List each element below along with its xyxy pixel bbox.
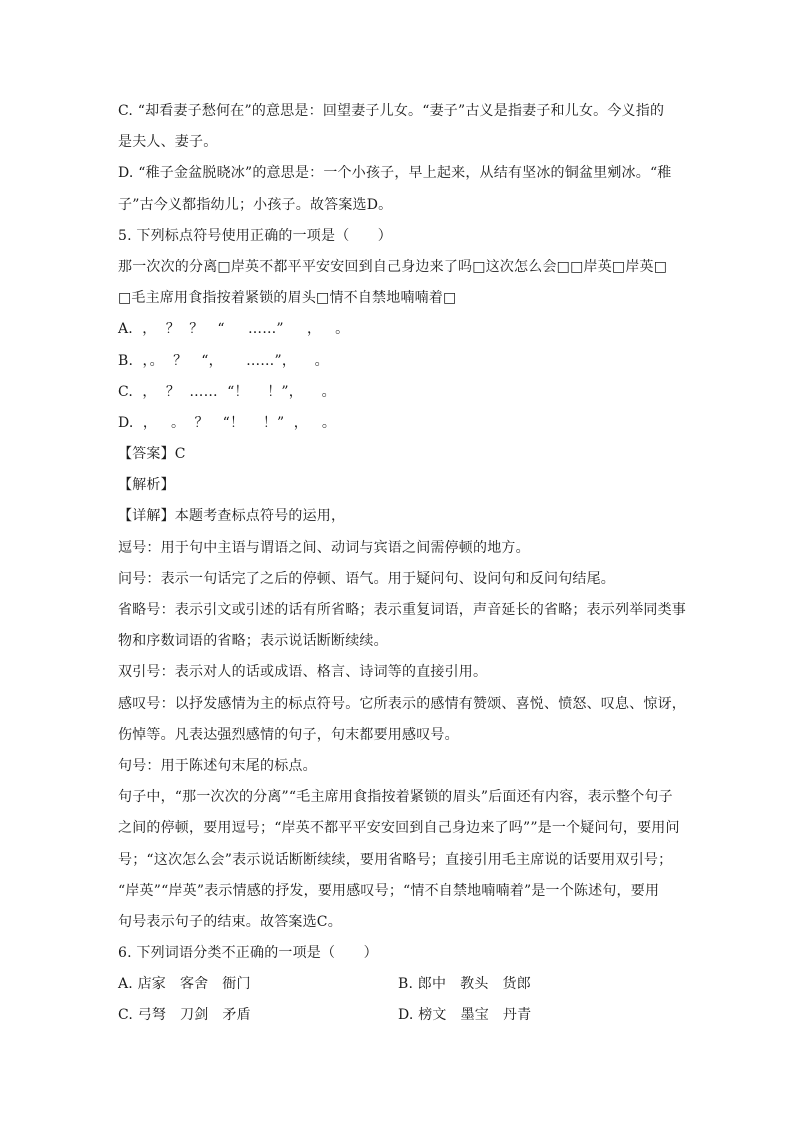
question-6-option-a: A. 店家 客舍 衙门 [118, 972, 398, 1003]
explanation-line: 句号：用于陈述句末尾的标点。 [118, 754, 678, 785]
conclusion-line: 之间的停顿，要用逗号；“岸英不都平平安安回到自己身边来了吗””是一个疑问句，要用… [118, 816, 678, 847]
explanation-line: 问号：表示一句话完了之后的停顿、语气。用于疑问句、设问句和反问句结尾。 [118, 567, 678, 598]
question-6-option-d: D. 榜文 墨宝 丹青 [398, 1003, 678, 1034]
question-6-option-c: C. 弓弩 刀剑 矛盾 [118, 1003, 398, 1034]
question-5-option-c: C. ， ？ …… “！ ！”， 。 [118, 380, 678, 411]
option-text: A. ， ？ ？ “ ……” ， 。 [118, 317, 349, 348]
option-text: C. ， ？ …… “！ ！”， 。 [118, 380, 336, 411]
answer-label: 【答案】C [118, 442, 678, 473]
question-6-options-row-1: A. 店家 客舍 衙门 B. 郎中 教头 货郎 [118, 972, 678, 1003]
document-page: C. “却看妻子愁何在”的意思是：回望妻子儿女。“妻子”古义是指妻子和儿女。今义… [118, 99, 678, 1035]
prev-option-c-line2: 是夫人、妻子。 [118, 130, 678, 161]
option-text: D. ， 。 ？ “！ ！” ， 。 [118, 411, 336, 442]
explanation-line: 物和序数词语的省略；表示说话断断续续。 [118, 629, 678, 660]
explanation-line: 双引号：表示对人的话或成语、格言、诗词等的直接引用。 [118, 660, 678, 691]
explanation-line: 感叹号：以抒发感情为主的标点符号。它所表示的感情有赞颂、喜悦、愤怒、叹息、惊讶， [118, 692, 678, 723]
option-text: B. ，。 ？ “， ……”， 。 [118, 349, 329, 380]
question-5-stem: 5. 下列标点符号使用正确的一项是（ ） [118, 224, 678, 255]
question-5-option-b: B. ，。 ？ “， ……”， 。 [118, 349, 678, 380]
question-5-passage-line2: □毛主席用食指按着紧锁的眉头□情不自禁地喃喃着□ [118, 286, 678, 317]
prev-option-c-line1: C. “却看妻子愁何在”的意思是：回望妻子儿女。“妻子”古义是指妻子和儿女。今义… [118, 99, 678, 130]
question-5-option-a: A. ， ？ ？ “ ……” ， 。 [118, 317, 678, 348]
explanation-line: 伤悼等。凡表达强烈感情的句子，句末都要用感叹号。 [118, 723, 678, 754]
prev-option-d-line2: 子”古今义都指幼儿；小孩子。故答案选D。 [118, 193, 678, 224]
conclusion-line: 号；“这次怎么会”表示说话断断续续，要用省略号；直接引用毛主席说的话要用双引号； [118, 848, 678, 879]
prev-option-d-line1: D. “稚子金盆脱晓冰”的意思是：一个小孩子，早上起来，从结有坚冰的铜盆里剜冰。… [118, 161, 678, 192]
question-5-passage-line1: 那一次次的分离□岸英不都平平安安回到自己身边来了吗□这次怎么会□□岸英□岸英□ [118, 255, 678, 286]
explanation-line: 省略号：表示引文或引述的话有所省略；表示重复词语，声音延长的省略；表示列举同类事 [118, 598, 678, 629]
question-5-option-d: D. ， 。 ？ “！ ！” ， 。 [118, 411, 678, 442]
conclusion-line: “岸英”“岸英”表示情感的抒发，要用感叹号；“情不自禁地喃喃着”是一个陈述句，要… [118, 879, 678, 910]
analysis-heading: 【解析】 [118, 473, 678, 504]
question-6-stem: 6. 下列词语分类不正确的一项是（ ） [118, 941, 678, 972]
conclusion-line: 句号表示句子的结束。故答案选C。 [118, 910, 678, 941]
explanation-line: 逗号：用于句中主语与谓语之间、动词与宾语之间需停顿的地方。 [118, 536, 678, 567]
detail-intro: 【详解】本题考查标点符号的运用， [118, 504, 678, 535]
question-6-options-row-2: C. 弓弩 刀剑 矛盾 D. 榜文 墨宝 丹青 [118, 1003, 678, 1034]
conclusion-line: 句子中，“那一次次的分离”“毛主席用食指按着紧锁的眉头”后面还有内容，表示整个句… [118, 785, 678, 816]
question-6-option-b: B. 郎中 教头 货郎 [398, 972, 678, 1003]
